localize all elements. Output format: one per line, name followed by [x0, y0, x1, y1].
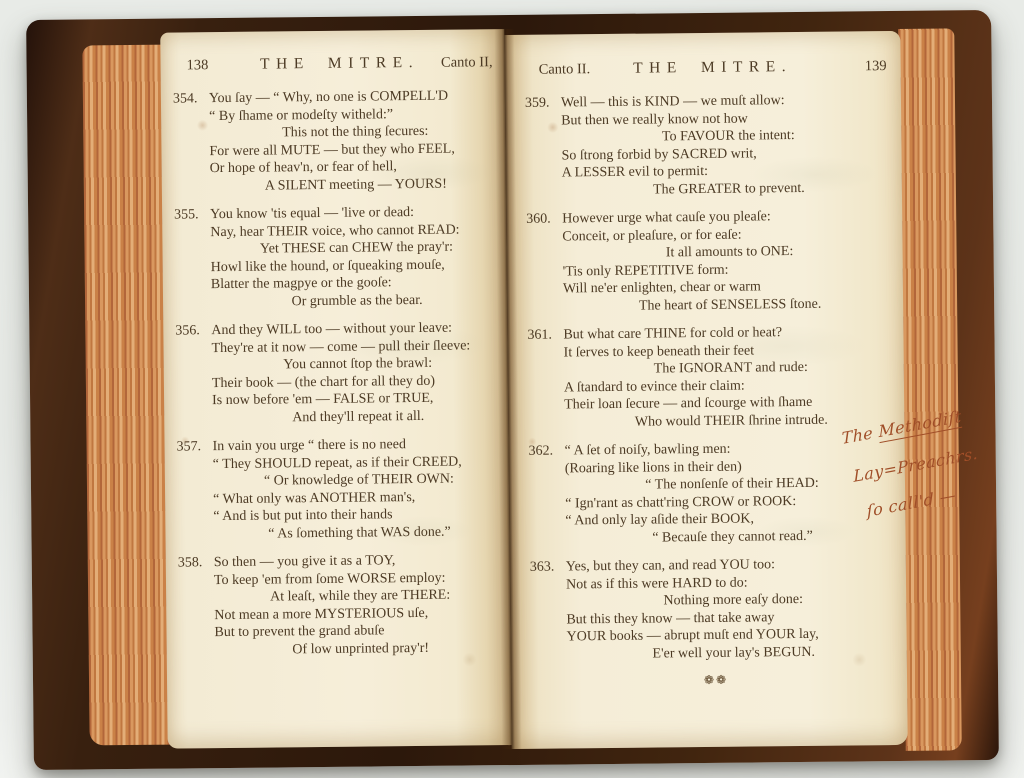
right-page-header: Canto II. THE MITRE. 139	[525, 57, 895, 83]
tailpiece-ornament: ❁❁	[531, 671, 901, 689]
book-photograph: 138 THE MITRE. Canto II, 354.You ſay — “…	[0, 0, 1024, 778]
verse-363: 363.Yes, but they can, and read YOU too:…	[530, 555, 901, 664]
verse-362: 362.“ A ſet of noiſy, bawling men:(Roari…	[529, 439, 900, 548]
verse-357: 357.In vain you urge “ there is no need“…	[176, 435, 505, 543]
verse-number: 357.	[176, 438, 213, 543]
verse-line: Who would THEIR ſhrine intrude.	[564, 410, 898, 431]
verse-359: 359.Well — this is KIND — we muſt allow:…	[525, 91, 896, 200]
running-title: THE MITRE.	[260, 54, 419, 74]
running-title: THE MITRE.	[633, 58, 792, 78]
verse-line: Nay, hear THEIR voice, who cannot READ:	[210, 221, 502, 242]
page-number: 139	[829, 58, 887, 76]
verse-line: They're at it now — come — pull their ſl…	[211, 337, 503, 358]
verse-number: 358.	[178, 554, 215, 659]
canto-label: Canto II,	[434, 54, 492, 72]
verse-line: Or grumble as the bear.	[211, 291, 503, 312]
verse-number: 361.	[527, 326, 564, 431]
verse-line: A SILENT meeting — YOURS!	[210, 175, 502, 196]
verse-line: The GREATER to prevent.	[562, 178, 896, 199]
verse-number: 356.	[175, 322, 212, 427]
verse-line: Of low unprinted pray'r!	[215, 639, 507, 660]
verse-line: “ Becauſe they cannot read.”	[565, 526, 899, 547]
verse-356: 356.And they WILL too — without your lea…	[175, 319, 504, 427]
right-page: Canto II. THE MITRE. 139 359.Well — this…	[504, 31, 907, 749]
left-page-header: 138 THE MITRE. Canto II,	[172, 53, 500, 78]
verse-number: 363.	[530, 558, 567, 663]
verse-number: 362.	[529, 442, 566, 547]
verse-355: 355.You know 'tis equal — 'live or dead:…	[174, 203, 503, 311]
left-page: 138 THE MITRE. Canto II, 354.You ſay — “…	[160, 29, 511, 749]
canto-label: Canto II.	[539, 61, 597, 79]
verse-358: 358.So then — you give it as a TOY,To ke…	[178, 551, 507, 659]
verse-number: 355.	[174, 206, 211, 311]
right-page-verses: 359.Well — this is KIND — we muſt allow:…	[525, 91, 901, 664]
fore-edge-left	[82, 45, 173, 746]
verse-number: 360.	[526, 210, 563, 315]
verse-354: 354.You ſay — “ Why, no one is COMPELL'D…	[173, 87, 502, 195]
page-number: 138	[186, 57, 244, 75]
open-book: 138 THE MITRE. Canto II, 354.You ſay — “…	[26, 10, 999, 770]
fore-edge-right	[898, 28, 962, 751]
verse-line: And they'll repeat it all.	[212, 407, 504, 428]
left-page-verses: 354.You ſay — “ Why, no one is COMPELL'D…	[173, 87, 507, 659]
verse-line: “ As ſomething that WAS done.”	[213, 523, 505, 544]
verse-line: The heart of SENSELESS ſtone.	[563, 294, 897, 315]
verse-line: “ They SHOULD repeat, as if their CREED,	[213, 453, 505, 474]
verse-361: 361.But what care THINE for cold or heat…	[527, 323, 898, 432]
verse-360: 360.However urge what cauſe you pleaſe:C…	[526, 207, 897, 316]
verse-number: 359.	[525, 94, 562, 199]
verse-number: 354.	[173, 90, 210, 195]
verse-line: E'er well your lay's BEGUN.	[567, 642, 901, 663]
